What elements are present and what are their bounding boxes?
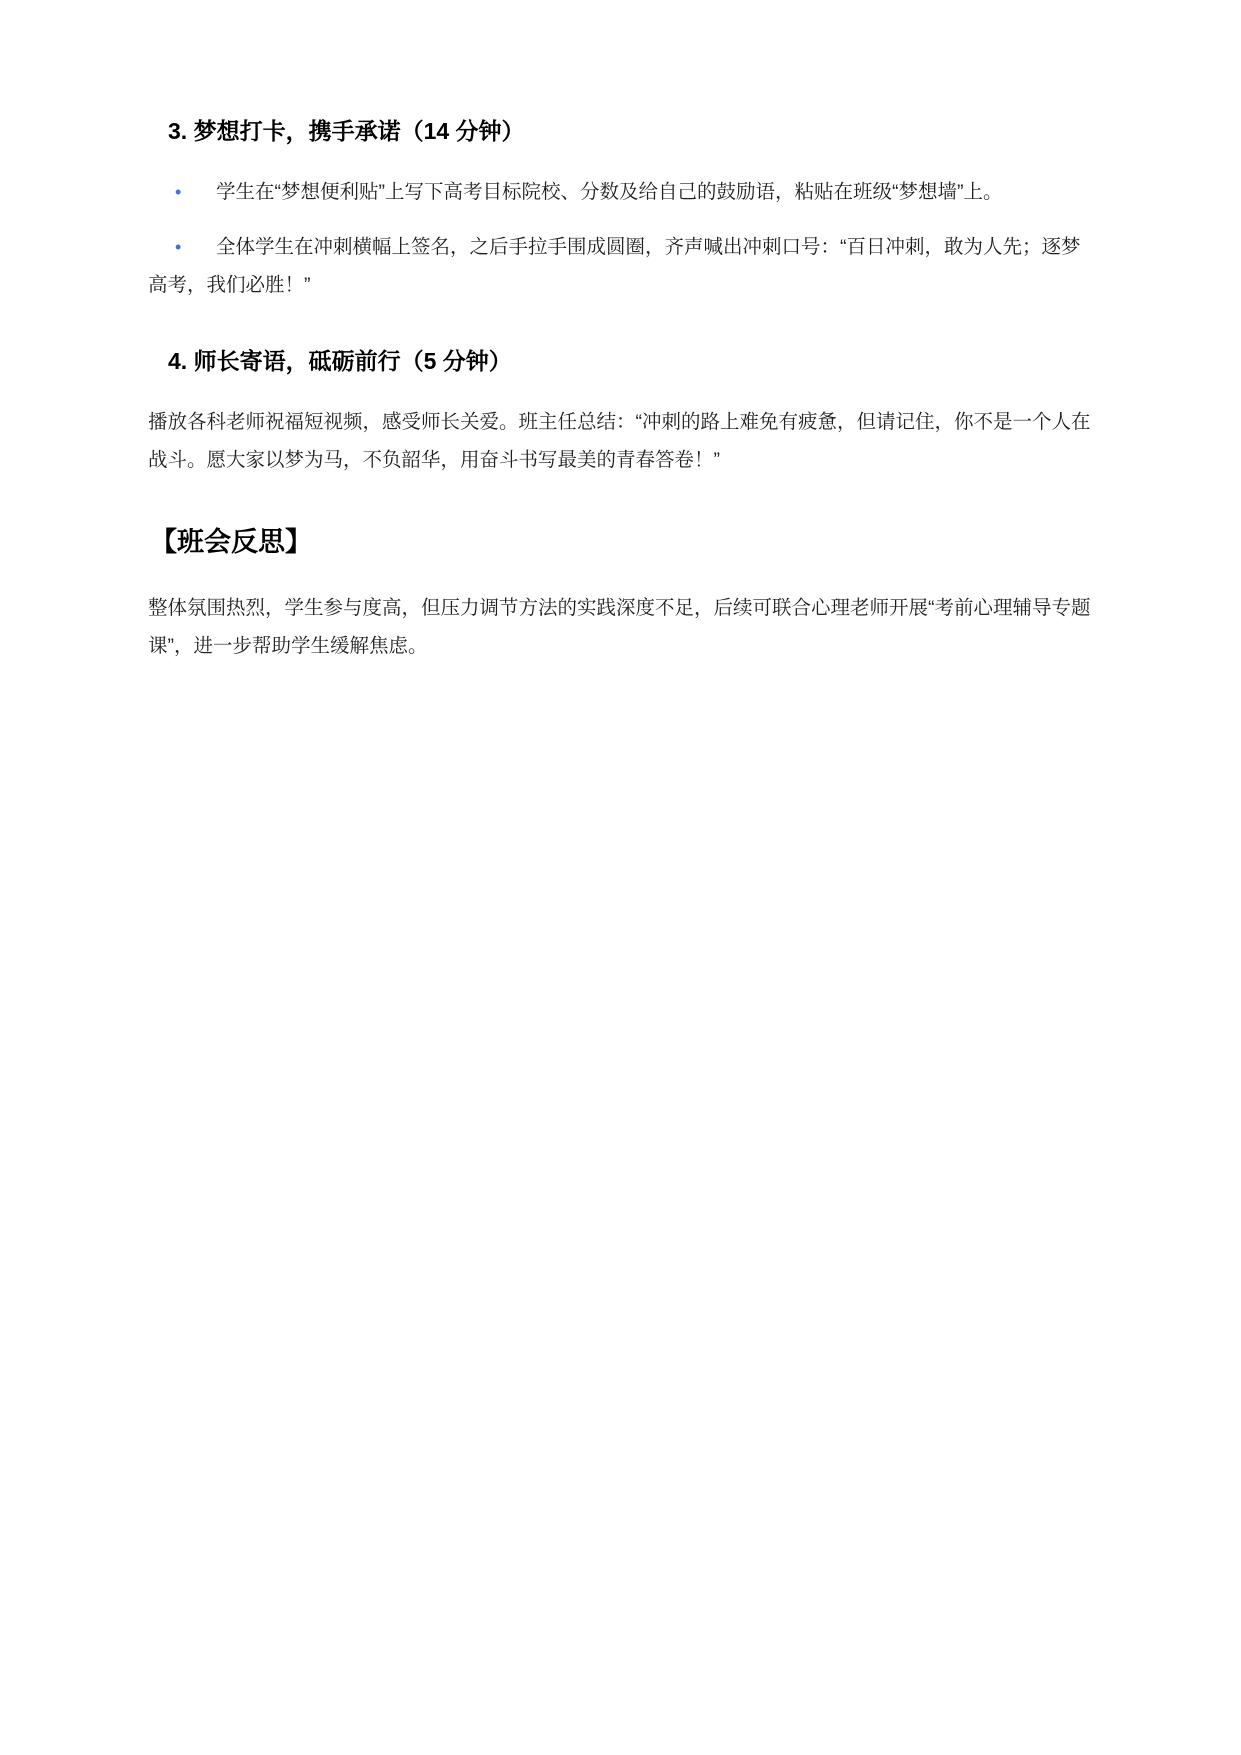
list-item-text: 全体学生在冲刺横幅上签名，之后手拉手围成圆圈，齐声喊出冲刺口号：“百日冲刺，敢为… xyxy=(148,236,1081,296)
section-3-heading: 3. 梦想打卡，携手承诺（14 分钟） xyxy=(148,116,1093,146)
reflection-heading: 【班会反思】 xyxy=(148,525,1093,559)
bullet-icon: • xyxy=(148,173,216,211)
list-item: •全体学生在冲刺横幅上签名，之后手拉手围成圆圈，齐声喊出冲刺口号：“百日冲刺，敢… xyxy=(148,228,1093,304)
list-item-text: 学生在“梦想便利贴”上写下高考目标院校、分数及给自己的鼓励语，粘贴在班级“梦想墙… xyxy=(216,181,1002,203)
document-page: 3. 梦想打卡，携手承诺（14 分钟） •学生在“梦想便利贴”上写下高考目标院校… xyxy=(0,0,1241,1755)
bullet-icon: • xyxy=(148,228,216,266)
section-4-heading: 4. 师长寄语，砥砺前行（5 分钟） xyxy=(148,346,1093,376)
list-item: •学生在“梦想便利贴”上写下高考目标院校、分数及给自己的鼓励语，粘贴在班级“梦想… xyxy=(148,173,1093,211)
reflection-paragraph: 整体氛围热烈，学生参与度高，但压力调节方法的实践深度不足，后续可联合心理老师开展… xyxy=(148,589,1093,665)
section-4-paragraph: 播放各科老师祝福短视频，感受师长关爱。班主任总结：“冲刺的路上难免有疲惫，但请记… xyxy=(148,403,1093,479)
